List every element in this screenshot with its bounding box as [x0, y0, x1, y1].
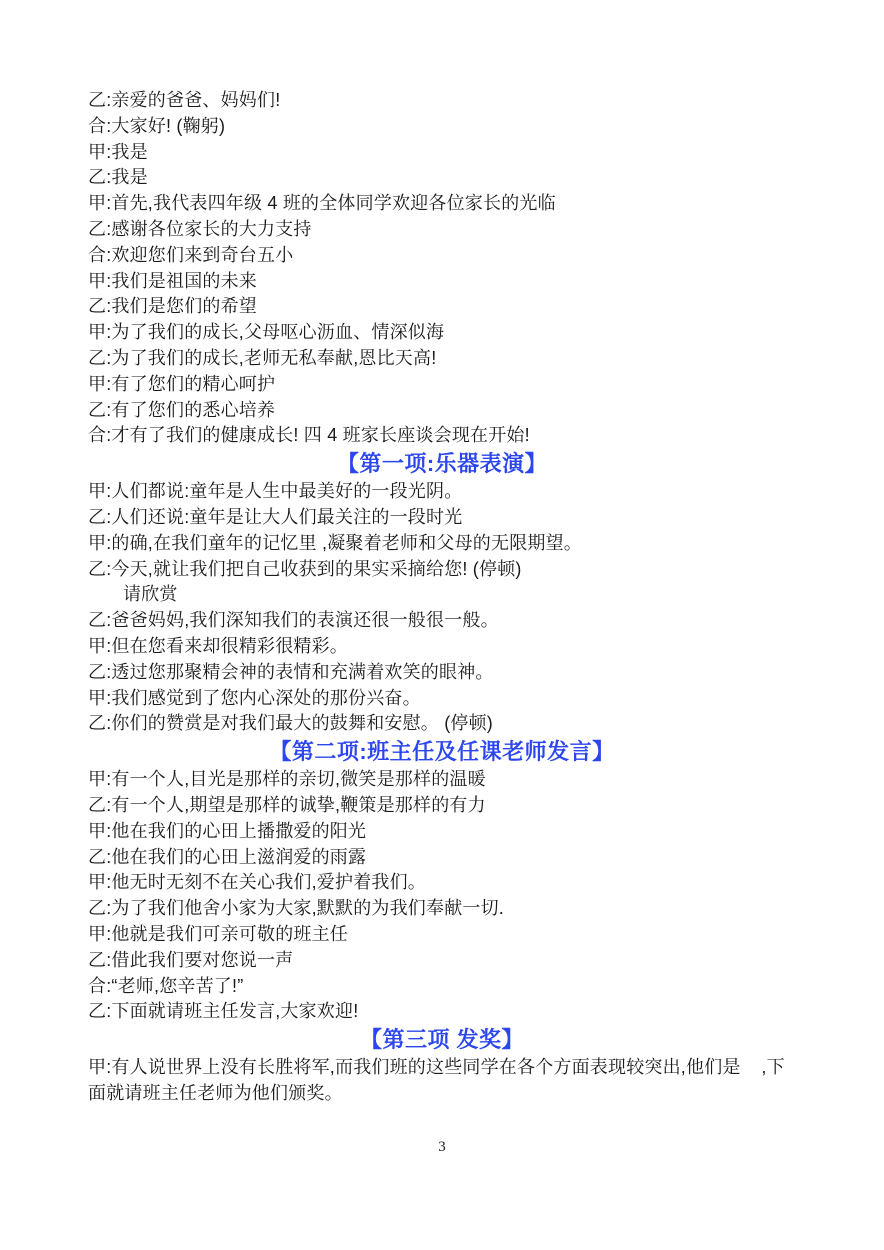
dialogue-line: 乙:下面就请班主任发言,大家欢迎! [88, 999, 796, 1025]
line-text: 他无时无刻不在关心我们,爱护着我们。 [111, 872, 426, 892]
dialogue-line: 乙:亲爱的爸爸、妈妈们! [88, 88, 796, 114]
line-text: 有人说世界上没有长胜将军,而我们班的这些同学在各个方面表现较突出,他们是 ,下面… [88, 1057, 785, 1103]
dialogue-line: 乙:爸爸妈妈,我们深知我们的表演还很一般很一般。 [88, 608, 796, 634]
dialogue-line: 甲:他在我们的心田上播撒爱的阳光 [88, 819, 796, 845]
speaker-label: 乙: [88, 795, 111, 815]
dialogue-line: 甲:为了我们的成长,父母呕心沥血、情深似海 [88, 320, 796, 346]
speaker-label: 乙: [88, 348, 111, 368]
speaker-label: 甲: [88, 872, 111, 892]
line-text: 欢迎您们来到奇台五小 [111, 245, 293, 265]
line-text: 今天,就让我们把自己收获到的果实采摘给您! (停顿) [111, 559, 521, 579]
speaker-label: 乙: [88, 898, 111, 918]
speaker-label: 乙: [88, 296, 111, 316]
line-text: 人们都说:童年是人生中最美好的一段光阴。 [111, 481, 462, 501]
line-text: 爸爸妈妈,我们深知我们的表演还很一般很一般。 [111, 610, 498, 630]
speaker-label: 合: [88, 425, 111, 445]
speaker-label: 乙: [88, 662, 111, 682]
line-text: 我们是祖国的未来 [111, 271, 257, 291]
dialogue-line: 乙:我们是您们的希望 [88, 294, 796, 320]
line-text: 有了您们的悉心培养 [111, 400, 275, 420]
speaker-label: 乙: [88, 713, 111, 733]
section-heading: 【第二项:班主任及任课老师发言】 [88, 737, 796, 767]
line-text: 大家好! (鞠躬) [111, 116, 225, 136]
dialogue-line: 甲:首先,我代表四年级 4 班的全体同学欢迎各位家长的光临 [88, 191, 796, 217]
dialogue-line: 乙:为了我们的成长,老师无私奉献,恩比天高! [88, 346, 796, 372]
speaker-label: 甲: [88, 271, 111, 291]
speaker-label: 甲: [88, 1057, 111, 1077]
dialogue-line: 乙:感谢各位家长的大力支持 [88, 217, 796, 243]
line-text: 才有了我们的健康成长! 四 4 班家长座谈会现在开始! [111, 425, 529, 445]
line-text: 他在我们的心田上播撒爱的阳光 [111, 821, 366, 841]
dialogue-line: 甲:的确,在我们童年的记忆里 ,凝聚着老师和父母的无限期望。 [88, 531, 796, 557]
dialogue-line: 合:“老师,您辛苦了!” [88, 974, 796, 1000]
dialogue-line: 甲:他就是我们可亲可敬的班主任 [88, 922, 796, 948]
continuation-line: 请欣赏 [88, 582, 796, 608]
dialogue-line: 乙:今天,就让我们把自己收获到的果实采摘给您! (停顿) [88, 557, 796, 583]
dialogue-line: 甲:但在您看来却很精彩很精彩。 [88, 634, 796, 660]
speaker-label: 乙: [88, 167, 111, 187]
dialogue-line: 乙:他在我们的心田上滋润爱的雨露 [88, 845, 796, 871]
speaker-label: 甲: [88, 533, 111, 553]
dialogue-line: 合:欢迎您们来到奇台五小 [88, 243, 796, 269]
line-text: 感谢各位家长的大力支持 [111, 219, 311, 239]
speaker-label: 乙: [88, 950, 111, 970]
line-text: 为了我们的成长,老师无私奉献,恩比天高! [111, 348, 436, 368]
section-heading: 【第三项 发奖】 [88, 1025, 796, 1055]
line-text: 借此我们要对您说一声 [111, 950, 293, 970]
speaker-label: 甲: [88, 481, 111, 501]
line-text: 有一个人,期望是那样的诚挚,鞭策是那样的有力 [111, 795, 485, 815]
line-text: “老师,您辛苦了!” [111, 976, 243, 996]
speaker-label: 乙: [88, 400, 111, 420]
dialogue-line: 乙:我是 [88, 165, 796, 191]
speaker-label: 乙: [88, 847, 111, 867]
line-text: 我是 [111, 167, 147, 187]
dialogue-line: 乙:借此我们要对您说一声 [88, 948, 796, 974]
line-text: 我们是您们的希望 [111, 296, 257, 316]
speaker-label: 乙: [88, 610, 111, 630]
dialogue-line: 甲:我们感觉到了您内心深处的那份兴奋。 [88, 686, 796, 712]
dialogue-paragraph: 甲:有人说世界上没有长胜将军,而我们班的这些同学在各个方面表现较突出,他们是 ,… [88, 1055, 796, 1107]
line-text: 但在您看来却很精彩很精彩。 [111, 636, 348, 656]
section-heading: 【第一项:乐器表演】 [88, 449, 796, 479]
page-number: 3 [88, 1139, 796, 1156]
dialogue-line: 乙:有一个人,期望是那样的诚挚,鞭策是那样的有力 [88, 793, 796, 819]
line-text: 人们还说:童年是让大人们最关注的一段时光 [111, 507, 462, 527]
dialogue-line: 乙:透过您那聚精会神的表情和充满着欢笑的眼神。 [88, 660, 796, 686]
dialogue-line: 甲:我是 [88, 140, 796, 166]
speaker-label: 乙: [88, 559, 111, 579]
speaker-label: 甲: [88, 924, 111, 944]
document-content: 乙:亲爱的爸爸、妈妈们!合:大家好! (鞠躬)甲:我是乙:我是甲:首先,我代表四… [88, 88, 796, 1156]
dialogue-line: 甲:他无时无刻不在关心我们,爱护着我们。 [88, 870, 796, 896]
speaker-label: 甲: [88, 688, 111, 708]
speaker-label: 甲: [88, 821, 111, 841]
speaker-label: 甲: [88, 322, 111, 342]
line-text: 为了我们的成长,父母呕心沥血、情深似海 [111, 322, 444, 342]
dialogue-line: 甲:有一个人,目光是那样的亲切,微笑是那样的温暖 [88, 767, 796, 793]
line-text: 的确,在我们童年的记忆里 ,凝聚着老师和父母的无限期望。 [111, 533, 582, 553]
line-text: 亲爱的爸爸、妈妈们! [111, 90, 280, 110]
line-text: 你们的赞赏是对我们最大的鼓舞和安慰。 (停顿) [111, 713, 493, 733]
speaker-label: 乙: [88, 1001, 111, 1021]
speaker-label: 甲: [88, 636, 111, 656]
dialogue-line: 乙:你们的赞赏是对我们最大的鼓舞和安慰。 (停顿) [88, 711, 796, 737]
line-text: 透过您那聚精会神的表情和充满着欢笑的眼神。 [111, 662, 493, 682]
dialogue-line: 乙:有了您们的悉心培养 [88, 398, 796, 424]
dialogue-line: 乙:人们还说:童年是让大人们最关注的一段时光 [88, 505, 796, 531]
document-page: 乙:亲爱的爸爸、妈妈们!合:大家好! (鞠躬)甲:我是乙:我是甲:首先,我代表四… [0, 0, 884, 1250]
line-text: 有一个人,目光是那样的亲切,微笑是那样的温暖 [111, 769, 485, 789]
dialogue-line: 甲:有了您们的精心呵护 [88, 372, 796, 398]
line-text: 首先,我代表四年级 4 班的全体同学欢迎各位家长的光临 [111, 193, 555, 213]
speaker-label: 乙: [88, 507, 111, 527]
speaker-label: 合: [88, 245, 111, 265]
speaker-label: 甲: [88, 769, 111, 789]
dialogue-line: 乙:为了我们他舍小家为大家,默默的为我们奉献一切. [88, 896, 796, 922]
dialogue-line: 甲:我们是祖国的未来 [88, 269, 796, 295]
dialogue-line: 合:大家好! (鞠躬) [88, 114, 796, 140]
speaker-label: 甲: [88, 374, 111, 394]
line-text: 他就是我们可亲可敬的班主任 [111, 924, 348, 944]
line-text: 他在我们的心田上滋润爱的雨露 [111, 847, 366, 867]
line-text: 我是 [111, 142, 147, 162]
line-text: 下面就请班主任发言,大家欢迎! [111, 1001, 358, 1021]
speaker-label: 合: [88, 976, 111, 996]
dialogue-line: 甲:人们都说:童年是人生中最美好的一段光阴。 [88, 479, 796, 505]
line-text: 有了您们的精心呵护 [111, 374, 275, 394]
speaker-label: 甲: [88, 142, 111, 162]
speaker-label: 合: [88, 116, 111, 136]
speaker-label: 乙: [88, 219, 111, 239]
dialogue-line: 合:才有了我们的健康成长! 四 4 班家长座谈会现在开始! [88, 423, 796, 449]
speaker-label: 乙: [88, 90, 111, 110]
document-body: 乙:亲爱的爸爸、妈妈们!合:大家好! (鞠躬)甲:我是乙:我是甲:首先,我代表四… [88, 88, 796, 1107]
line-text: 为了我们他舍小家为大家,默默的为我们奉献一切. [111, 898, 504, 918]
line-text: 我们感觉到了您内心深处的那份兴奋。 [111, 688, 420, 708]
speaker-label: 甲: [88, 193, 111, 213]
